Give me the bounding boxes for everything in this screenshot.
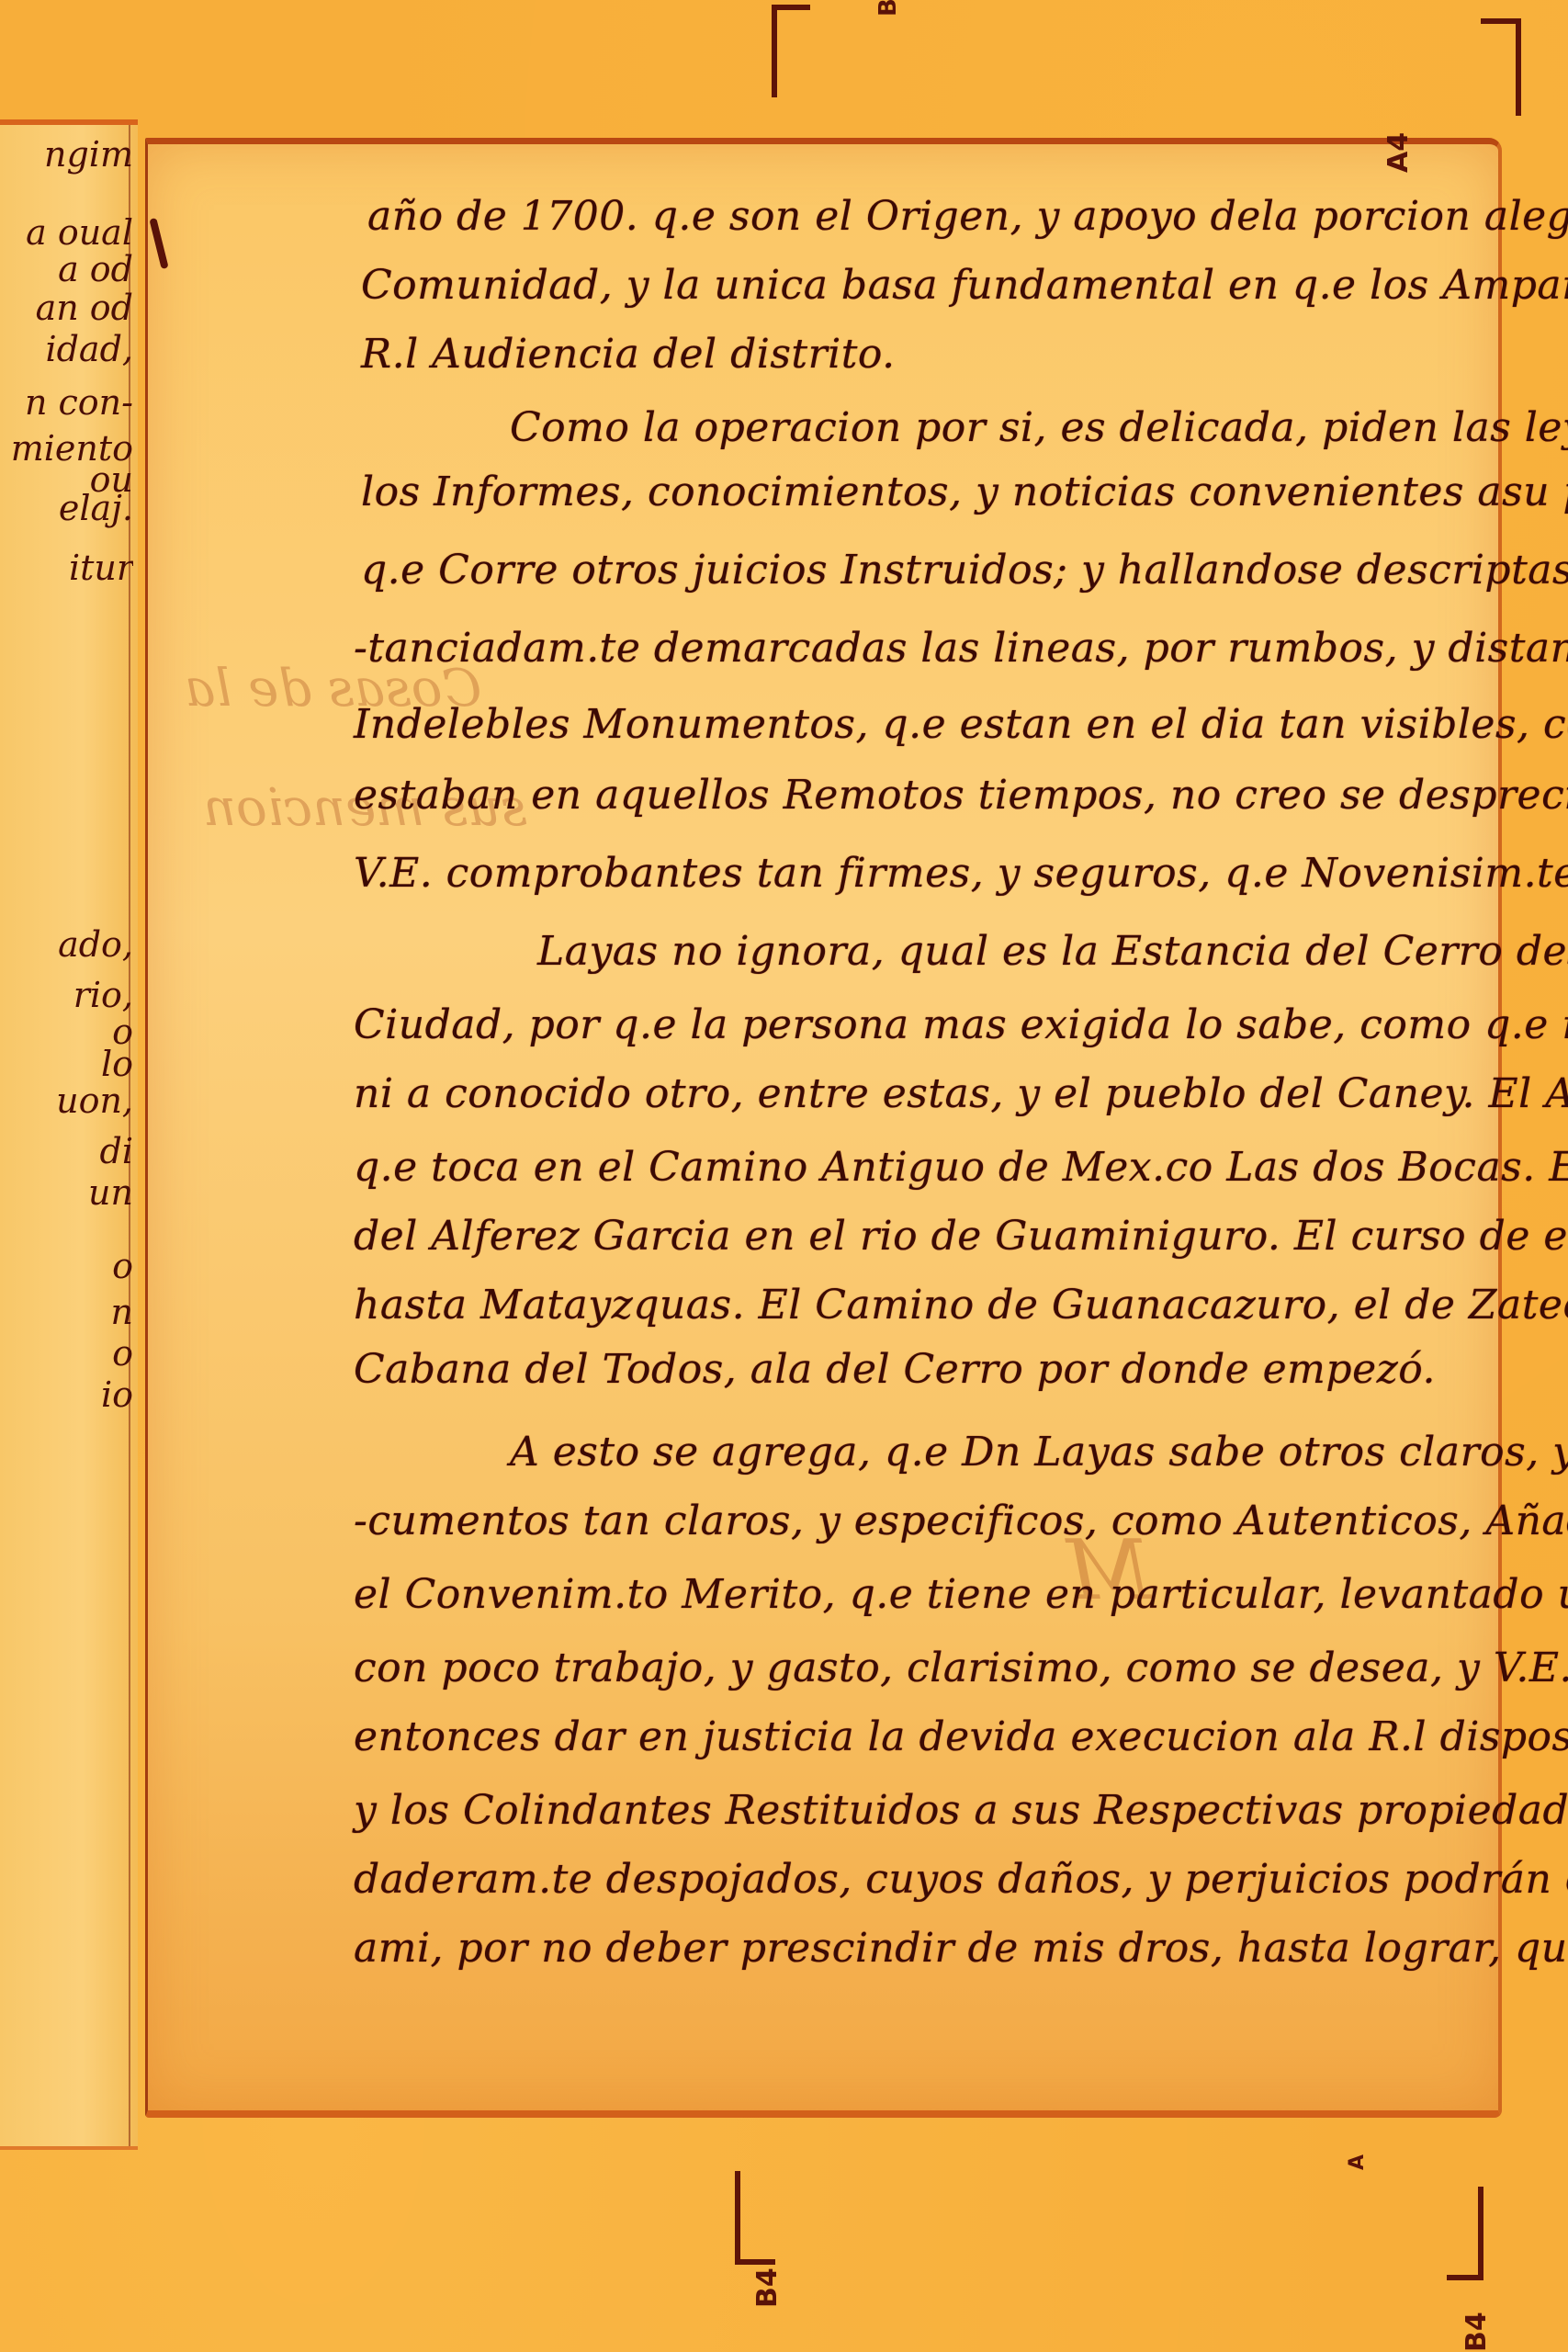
manuscript-line: Comunidad, y la unica basa fundamental e… <box>361 262 1568 309</box>
manuscript-line: el Convenim.to Merito, q.e tiene en part… <box>354 1571 1568 1618</box>
archive-mark-b4-left: B4 <box>751 2267 784 2308</box>
manuscript-line: ami, por no deber prescindir de mis dros… <box>354 1925 1568 1972</box>
manuscript-line: los Informes, conocimientos, y noticias … <box>361 469 1568 515</box>
fragment-text: n <box>0 1292 133 1332</box>
fragment-text: un <box>0 1172 133 1213</box>
manuscript-line: del Alferez Garcia en el rio de Guaminig… <box>354 1213 1568 1260</box>
crop-mark-top-left <box>772 5 810 97</box>
manuscript-line: estaban en aquellos Remotos tiempos, no … <box>354 772 1568 819</box>
crop-mark-bottom-left <box>735 2171 775 2265</box>
manuscript-line: ni a conocido otro, entre estas, y el pu… <box>354 1070 1568 1117</box>
manuscript-line: daderam.te despojados, cuyos daños, y pe… <box>354 1856 1568 1903</box>
manuscript-line: y los Colindantes Restituidos a sus Resp… <box>354 1787 1568 1834</box>
archive-mark-a-bottom: A <box>1346 2154 1369 2170</box>
manuscript-line: V.E. comprobantes tan firmes, y seguros,… <box>354 850 1568 897</box>
pin-mark <box>149 218 168 269</box>
archive-mark-top: B <box>874 0 902 17</box>
manuscript-line: Cabana del Todos, ala del Cerro por dond… <box>354 1346 1436 1393</box>
fragment-text: io <box>0 1374 133 1415</box>
manuscript-line: Layas no ignora, qual es la Estancia del… <box>537 928 1568 975</box>
manuscript-line: Ciudad, por q.e la persona mas exigida l… <box>354 1001 1568 1048</box>
manuscript-line: Como la operacion por si, es delicada, p… <box>510 404 1568 451</box>
manuscript-line: q.e Corre otros juicios Instruidos; y ha… <box>361 547 1568 594</box>
manuscript-line: R.l Audiencia del distrito. <box>361 331 896 378</box>
fragment-text: itur <box>0 548 133 588</box>
fragment-text: uon, <box>0 1080 133 1121</box>
archive-mark-b4-right: B4 <box>1461 2312 1493 2352</box>
fragment-text: an od <box>0 288 133 328</box>
manuscript-line: -cumentos tan claros, y especificos, com… <box>354 1498 1568 1544</box>
manuscript-line: A esto se agrega, q.e Dn Layas sabe otro… <box>510 1429 1568 1476</box>
previous-folio-strip: ngim a oual a od an od idad, n con- mien… <box>0 119 138 2150</box>
fragment-text: ngim <box>0 134 133 175</box>
manuscript-line: -tanciadam.te demarcadas las lineas, por… <box>354 625 1568 672</box>
fragment-text: di <box>0 1131 133 1171</box>
fragment-text: rio, <box>0 975 133 1015</box>
fragment-text: lo <box>0 1044 133 1084</box>
archive-mark-a4: A4 <box>1382 132 1415 173</box>
manuscript-line: hasta Matayzquas. El Camino de Guanacazu… <box>354 1282 1568 1329</box>
fragment-text: ado, <box>0 924 133 965</box>
fragment-text: a od <box>0 249 133 289</box>
crop-mark-top-right <box>1481 18 1521 116</box>
manuscript-line: Indelebles Monumentos, q.e estan en el d… <box>354 701 1568 748</box>
fragment-text: o <box>0 1246 133 1286</box>
manuscript-line: q.e toca en el Camino Antiguo de Mex.co … <box>354 1144 1568 1191</box>
fragment-text: elaj. <box>0 488 133 528</box>
manuscript-line: con poco trabajo, y gasto, clarisimo, co… <box>354 1645 1568 1691</box>
manuscript-line: entonces dar en justicia la devida execu… <box>354 1713 1568 1760</box>
fragment-text: idad, <box>0 329 133 369</box>
fragment-text: a oual <box>0 212 133 253</box>
manuscript-line: año de 1700. q.e son el Origen, y apoyo … <box>367 193 1568 240</box>
crop-mark-bottom-right <box>1447 2187 1483 2280</box>
fragment-text: n con- <box>0 382 133 423</box>
fragment-text: o <box>0 1333 133 1374</box>
